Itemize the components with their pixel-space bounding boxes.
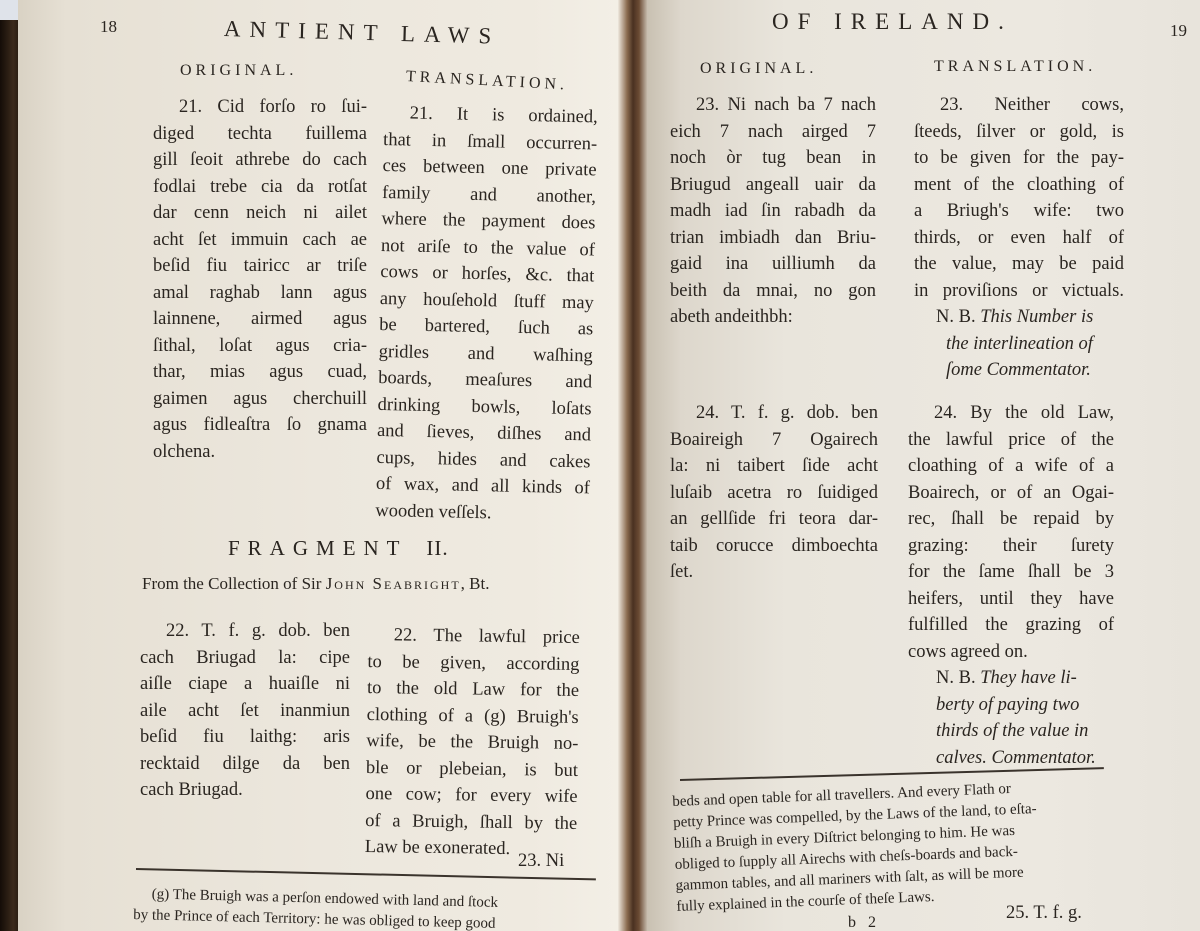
text-line: ſithal, loſat agus cria-: [153, 333, 367, 360]
text-line: amal raghab lann agus: [153, 280, 367, 307]
text-line: Boairech, or of an Ogai-: [908, 480, 1114, 507]
text-line: aile acht ſet inanmiun: [140, 698, 350, 725]
text-line: cows agreed on.: [908, 639, 1114, 666]
section-21-original: 21. Cid forſo ro ſui- diged techta fuill…: [153, 94, 367, 465]
section-23-original: 23. Ni nach ba 7 nach eich 7 nach airged…: [670, 92, 876, 331]
note-label: N. B.: [936, 668, 976, 688]
section-22-original: 22. T. f. g. dob. ben cach Briugad la: c…: [140, 618, 350, 804]
text-line: for the ſame ſhall be 3: [908, 559, 1114, 586]
note-text: This Number is: [980, 307, 1093, 327]
book-gutter: [618, 0, 648, 931]
left-page: 18 ANTIENT LAWS ORIGINAL. TRANSLATION. 2…: [18, 0, 618, 931]
running-head: OF IRELAND.: [772, 9, 1013, 35]
text-line: diged techta fuillema: [153, 121, 367, 148]
signature-mark: b 2: [848, 914, 880, 931]
column-header-translation: TRANSLATION.: [406, 68, 569, 94]
text-line: abeth andeithbh:: [670, 304, 876, 331]
collection-name: John Seabright: [326, 574, 461, 593]
collection-prefix: From the Collection of Sir: [142, 574, 321, 593]
footnote-rule: [680, 767, 1104, 781]
catchword: 25. T. f. g.: [1006, 900, 1082, 927]
text-line: gaid ina uilliumh da: [670, 251, 876, 278]
text-line: to be given, according: [367, 648, 579, 677]
text-line: cach Briugad.: [140, 777, 350, 804]
text-line: noch òr tug bean in: [670, 145, 876, 172]
text-line: cloathing of a wife of a: [908, 453, 1114, 480]
text-line: cach Briugad la: cipe: [140, 645, 350, 672]
note-label: N. B.: [936, 307, 976, 327]
text-line: 22. T. f. g. dob. ben: [140, 618, 350, 645]
commentator-note: N. B. This Number is: [914, 304, 1124, 331]
text-line: beſid fiu laithg: aris: [140, 724, 350, 751]
section-24-translation: 24. By the old Law, the lawful price of …: [908, 400, 1114, 771]
catchword: 23. Ni: [518, 848, 564, 875]
text-line: cows or horſes, &c. that: [380, 259, 595, 290]
text-line: eich 7 nach airged 7: [670, 119, 876, 146]
text-line: of wax, and all kinds of: [376, 471, 591, 502]
commentator-note: N. B. They have li-: [908, 665, 1114, 692]
text-line: dar cenn neich ni ailet: [153, 200, 367, 227]
text-line: clothing of a (g) Bruigh's: [367, 701, 579, 730]
text-line: trian imbiadh dan Briu-: [670, 225, 876, 252]
text-line: ſteeds, ſilver or gold, is: [914, 119, 1124, 146]
page-number: 18: [100, 17, 117, 37]
section-24-original: 24. T. f. g. dob. ben Boaireigh 7 Ogaire…: [670, 400, 878, 586]
fragment-number: II.: [426, 536, 448, 560]
text-line: olchena.: [153, 439, 367, 466]
text-line: 24. T. f. g. dob. ben: [670, 400, 878, 427]
right-page: OF IRELAND. 19 ORIGINAL. TRANSLATION. 23…: [648, 0, 1200, 931]
text-line: taib corucce dimboechta: [670, 533, 878, 560]
text-line: be bartered, ſuch as: [379, 312, 594, 343]
text-line: gaimen agus cherchuill: [153, 386, 367, 413]
text-line: an gellſide fri teora dar-: [670, 506, 878, 533]
text-line: ble or plebeian, is but: [366, 754, 578, 783]
text-line: the lawful price of the: [908, 427, 1114, 454]
text-line: ment of the cloathing of: [914, 172, 1124, 199]
collection-line: From the Collection of Sir John Seabrigh…: [142, 574, 489, 594]
footnote-continuation: beds and open table for all travellers. …: [672, 778, 1040, 918]
text-line: 21. Cid forſo ro ſui-: [153, 94, 367, 121]
fragment-heading: FRAGMENT II.: [228, 536, 449, 561]
text-line: and ſieves, diſhes and: [377, 418, 592, 449]
text-line: Boaireigh 7 Ogairech: [670, 427, 878, 454]
text-line: wife, be the Bruigh no-: [366, 728, 578, 757]
text-line: acht ſet immuin cach ae: [153, 227, 367, 254]
section-21-translation: 21. It is ordained, that in ſmall occurr…: [375, 100, 598, 528]
text-line: one cow; for every wife: [365, 781, 577, 810]
text-line: of a Bruigh, ſhall by the: [365, 807, 577, 836]
fragment-word: FRAGMENT: [228, 536, 407, 560]
text-line: la: ni taibert ſide acht: [670, 453, 878, 480]
text-line: to be given for the pay-: [914, 145, 1124, 172]
section-22-translation: 22. The lawful price to be given, accord…: [365, 622, 580, 863]
text-line: thirds, or even half of: [914, 225, 1124, 252]
collection-suffix: , Bt.: [461, 574, 490, 593]
note-text: berty of paying two: [908, 692, 1114, 719]
page-number: 19: [1170, 21, 1187, 41]
text-line: agus fidleaſtra ſo gnama: [153, 412, 367, 439]
footnote: (g) The Bruigh was a perſon endowed with…: [133, 884, 498, 931]
text-line: a Briugh's wife: two: [914, 198, 1124, 225]
text-line: beith da mnai, no gon: [670, 278, 876, 305]
text-line: luſaib acetra ro ſuidiged: [670, 480, 878, 507]
text-line: beſid fiu tairicc ar triſe: [153, 253, 367, 280]
text-line: thar, mias agus cuad,: [153, 359, 367, 386]
text-line: recktaid dilge da ben: [140, 751, 350, 778]
text-line: fulfilled the grazing of: [908, 612, 1114, 639]
text-line: Briugud angeall uair da: [670, 172, 876, 199]
text-line: wooden veſſels.: [375, 497, 590, 528]
text-line: rec, ſhall be repaid by: [908, 506, 1114, 533]
note-text: thirds of the value in: [908, 718, 1114, 745]
text-line: in proviſions or victuals.: [914, 278, 1124, 305]
text-line: boards, meaſures and: [378, 365, 593, 396]
text-line: lainnene, airmed agus: [153, 306, 367, 333]
column-header-original: ORIGINAL.: [180, 62, 297, 80]
text-line: fodlai trebe cia da rotſat: [153, 174, 367, 201]
text-line: 22. The lawful price: [368, 622, 580, 651]
text-line: 23. Ni nach ba 7 nach: [670, 92, 876, 119]
column-header-original: ORIGINAL.: [700, 60, 817, 78]
text-line: heifers, until they have: [908, 586, 1114, 613]
text-line: where the payment does: [381, 206, 596, 237]
text-line: 24. By the old Law,: [908, 400, 1114, 427]
note-text: They have li-: [980, 668, 1077, 688]
column-header-translation: TRANSLATION.: [934, 58, 1096, 76]
text-line: to the old Law for the: [367, 675, 579, 704]
text-line: gill ſeoit athrebe do cach: [153, 147, 367, 174]
text-line: grazing: their ſurety: [908, 533, 1114, 560]
text-line: the value, may be paid: [914, 251, 1124, 278]
note-text: the interlineation of: [914, 331, 1124, 358]
running-head: ANTIENT LAWS: [224, 16, 501, 50]
text-line: ces between one private: [382, 153, 597, 184]
text-line: aiſle ciape a huaiſle ni: [140, 671, 350, 698]
text-line: 23. Neither cows,: [914, 92, 1124, 119]
section-23-translation: 23. Neither cows, ſteeds, ſilver or gold…: [914, 92, 1124, 384]
text-line: 21. It is ordained,: [383, 100, 598, 131]
text-line: ſet.: [670, 559, 878, 586]
note-text: ſome Commentator.: [914, 357, 1124, 384]
text-line: madh iad ſin rabadh da: [670, 198, 876, 225]
